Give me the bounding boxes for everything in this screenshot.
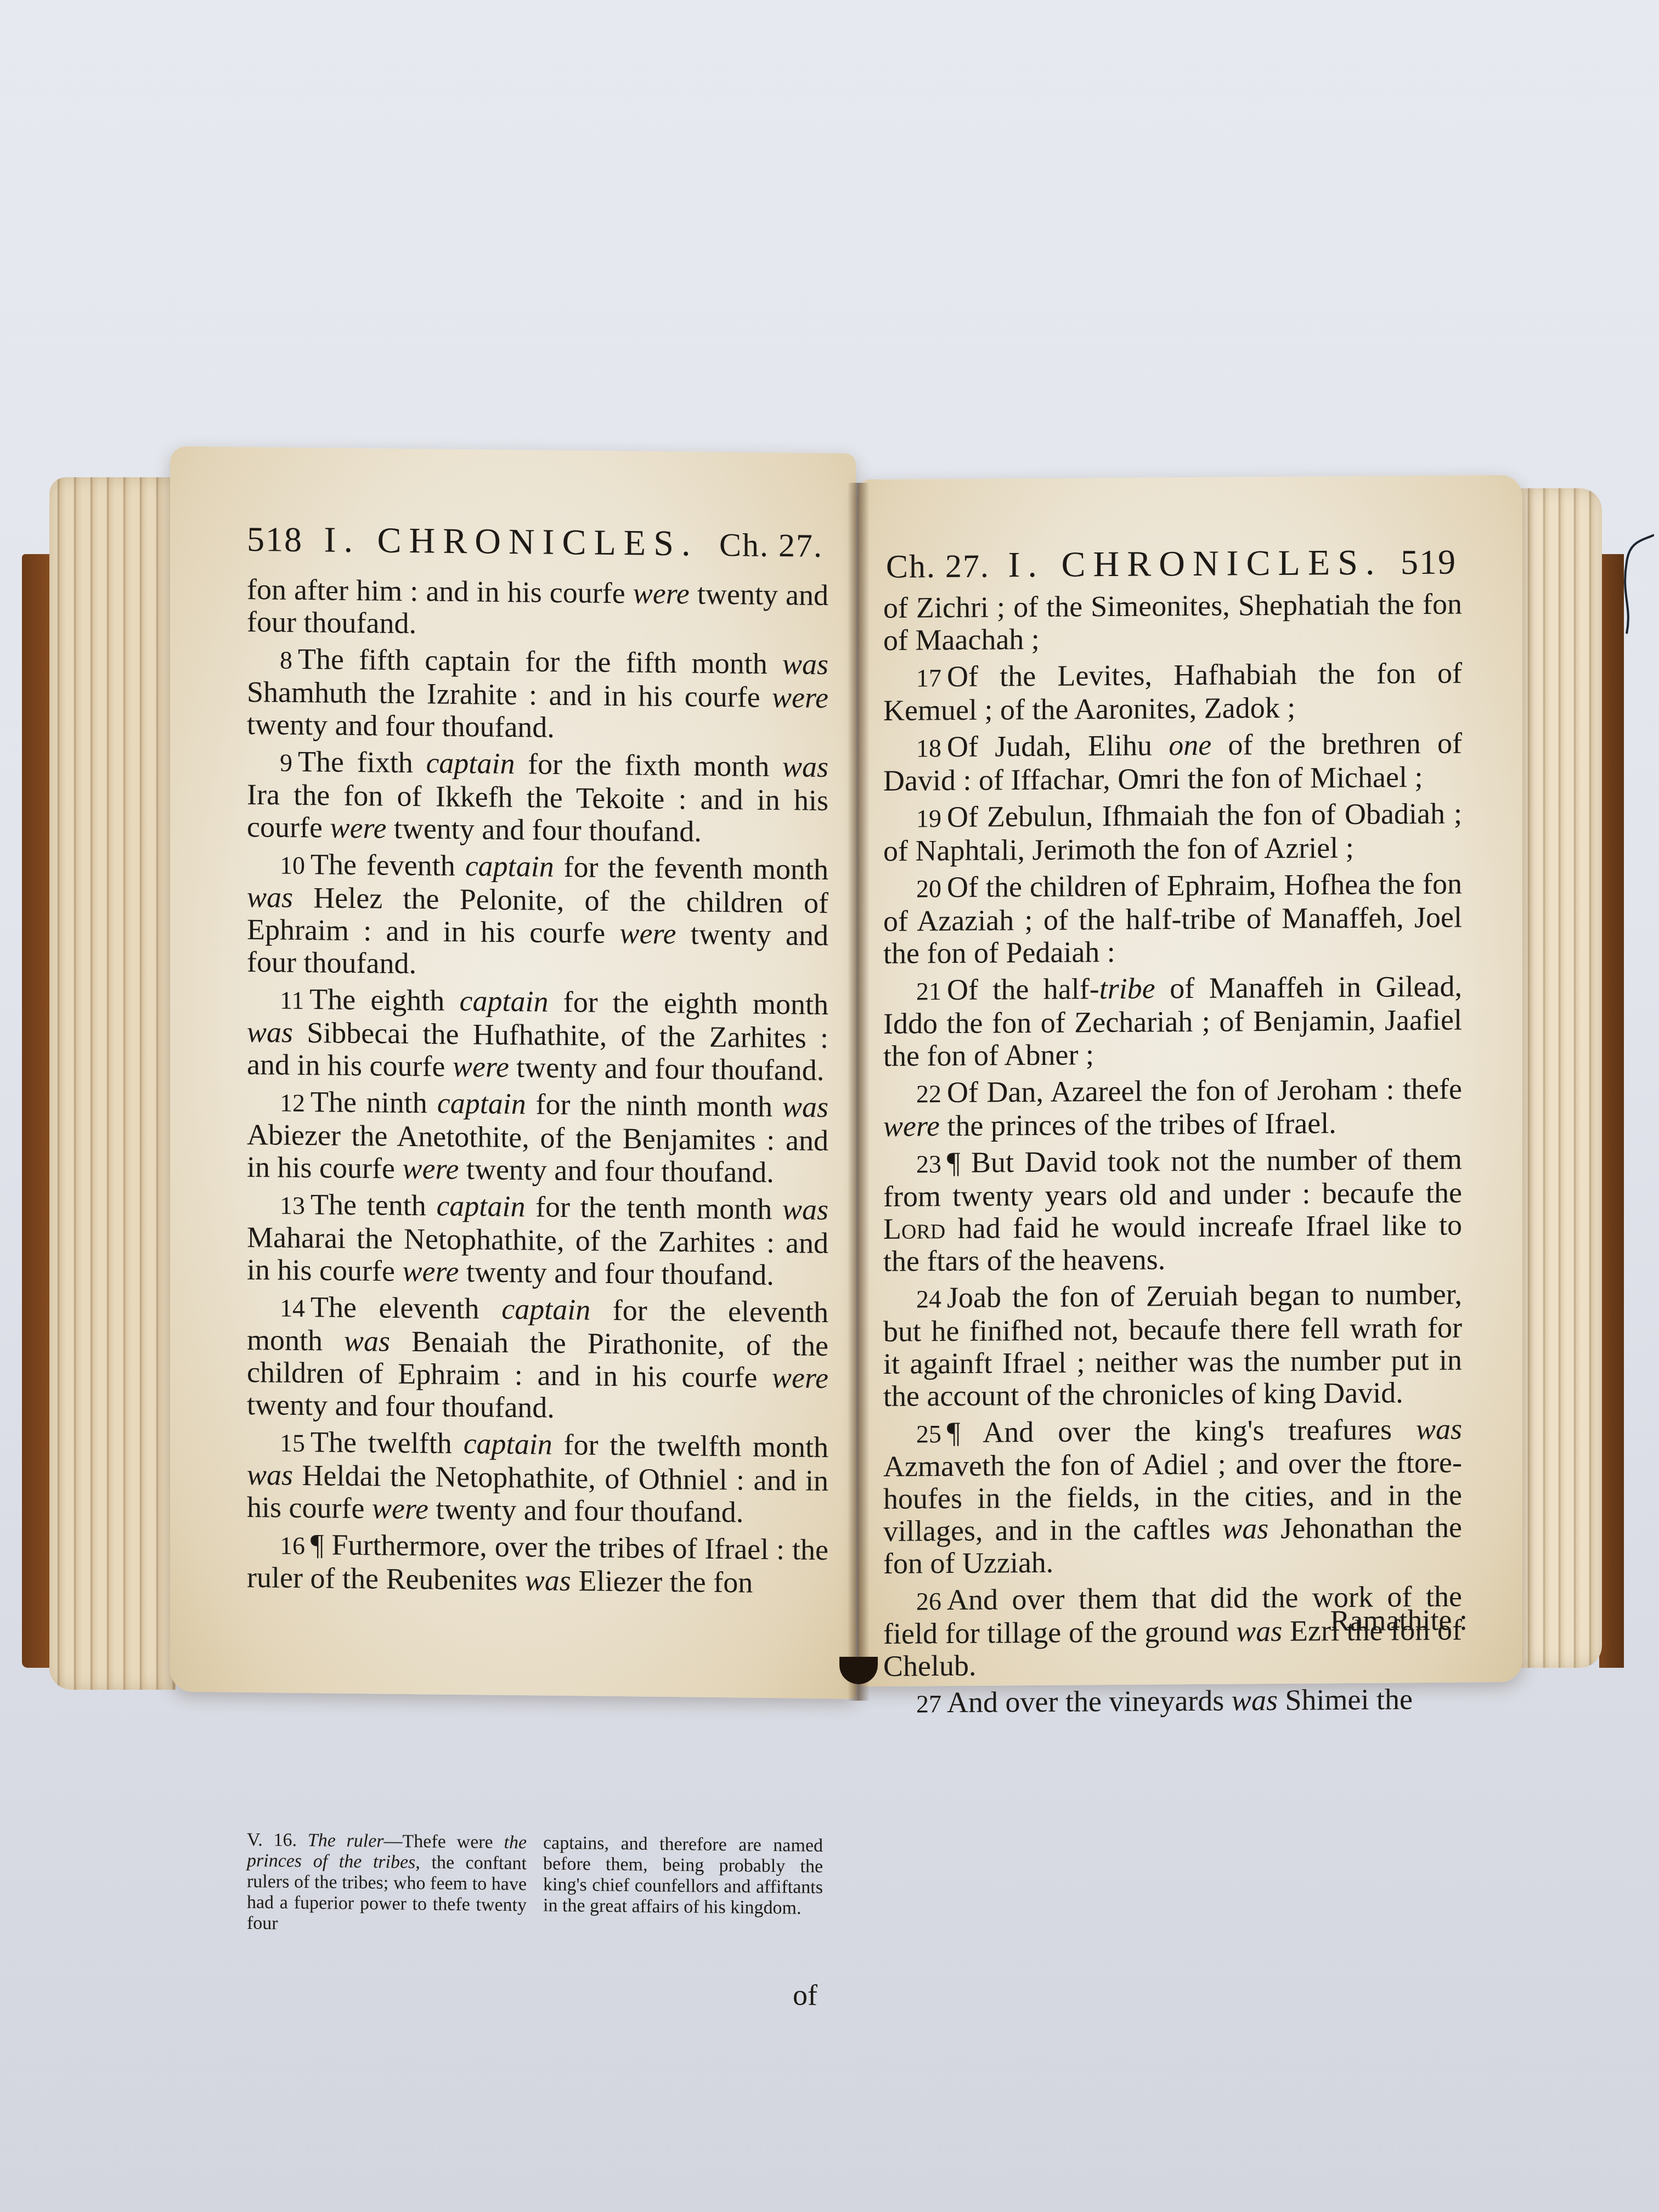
gutter-shadow <box>848 483 870 1701</box>
verse-11: 11The eighth captain for the eighth mont… <box>247 983 828 1087</box>
chapter-label: Ch. 27. <box>886 548 990 586</box>
verse-10: 10The feventh captain for the feventh mo… <box>247 848 828 984</box>
continuation-text: of Zichri ; of the Simeonites, Shephatia… <box>883 588 1462 657</box>
right-page: Ch. 27. I. CHRONICLES. 519 of Zichri ; o… <box>859 475 1522 1686</box>
page-number: 518 <box>247 519 303 560</box>
left-body-text: fon after him : and in his courfe were t… <box>247 573 828 1604</box>
left-page: 518 I. CHRONICLES. Ch. 27. fon after him… <box>170 446 856 1699</box>
verse-18: 18Of Judah, Elihu one of the brethren of… <box>883 727 1462 797</box>
verse-8: 8The fifth captain for the fifth month w… <box>247 642 828 747</box>
verse-25: 25¶ And over the king's treafures was Az… <box>883 1413 1462 1580</box>
footnote-col-1: V. 16. The ruler—Thefe were the princes … <box>247 1830 527 1937</box>
page-edges-right <box>1520 488 1602 1668</box>
verse-27: 27And over the vineyards was Shimei the <box>883 1683 1462 1720</box>
verse-12: 12The ninth captain for the ninth month … <box>247 1085 828 1189</box>
catchword: of <box>793 1978 817 2012</box>
bookmark-string <box>1621 529 1654 639</box>
page-number: 519 <box>1401 542 1457 583</box>
verse-20: 20Of the children of Ephraim, Hofhea the… <box>883 868 1462 970</box>
verse-14: 14The eleventh captain for the eleventh … <box>247 1290 828 1427</box>
right-running-head: Ch. 27. I. CHRONICLES. 519 <box>886 541 1457 587</box>
verse-21: 21Of the half-tribe of Manaffeh in Gilea… <box>883 970 1462 1073</box>
verse-15: 15The twelfth captain for the twelfth mo… <box>247 1425 828 1530</box>
running-title: I. CHRONICLES. <box>324 519 698 565</box>
verse-13: 13The tenth captain for the tenth month … <box>247 1188 828 1292</box>
chapter-label: Ch. 27. <box>719 526 823 565</box>
verse-24: 24Joab the fon of Zeruiah began to numbe… <box>883 1278 1462 1413</box>
verse-19: 19Of Zebulun, Ifhmaiah the fon of Obadia… <box>883 798 1462 867</box>
verse-16: 16¶ Furthermore, over the tribes of Ifra… <box>247 1528 828 1600</box>
page-edges-left <box>49 477 176 1690</box>
verse-9: 9The fixth captain for the fixth month w… <box>247 745 828 849</box>
verse-22: 22Of Dan, Azareel the fon of Jeroham : t… <box>883 1073 1462 1143</box>
continuation-text: fon after him : and in his courfe were t… <box>247 573 828 644</box>
footnote: V. 16. The ruler—Thefe were the princes … <box>247 1830 823 1940</box>
footnote-col-2: captains, and therefore are named before… <box>543 1833 823 1940</box>
verse-17: 17Of the Levites, Hafhabiah the fon of K… <box>883 657 1462 727</box>
right-body-text: of Zichri ; of the Simeonites, Shephatia… <box>883 588 1462 1725</box>
verse-23: 23¶ But David took not the number of the… <box>883 1143 1462 1278</box>
book-cover-right <box>1599 554 1624 1668</box>
left-running-head: 518 I. CHRONICLES. Ch. 27. <box>247 518 823 566</box>
catchword: Ramathite : <box>1330 1602 1468 1638</box>
running-title: I. CHRONICLES. <box>1008 542 1383 586</box>
